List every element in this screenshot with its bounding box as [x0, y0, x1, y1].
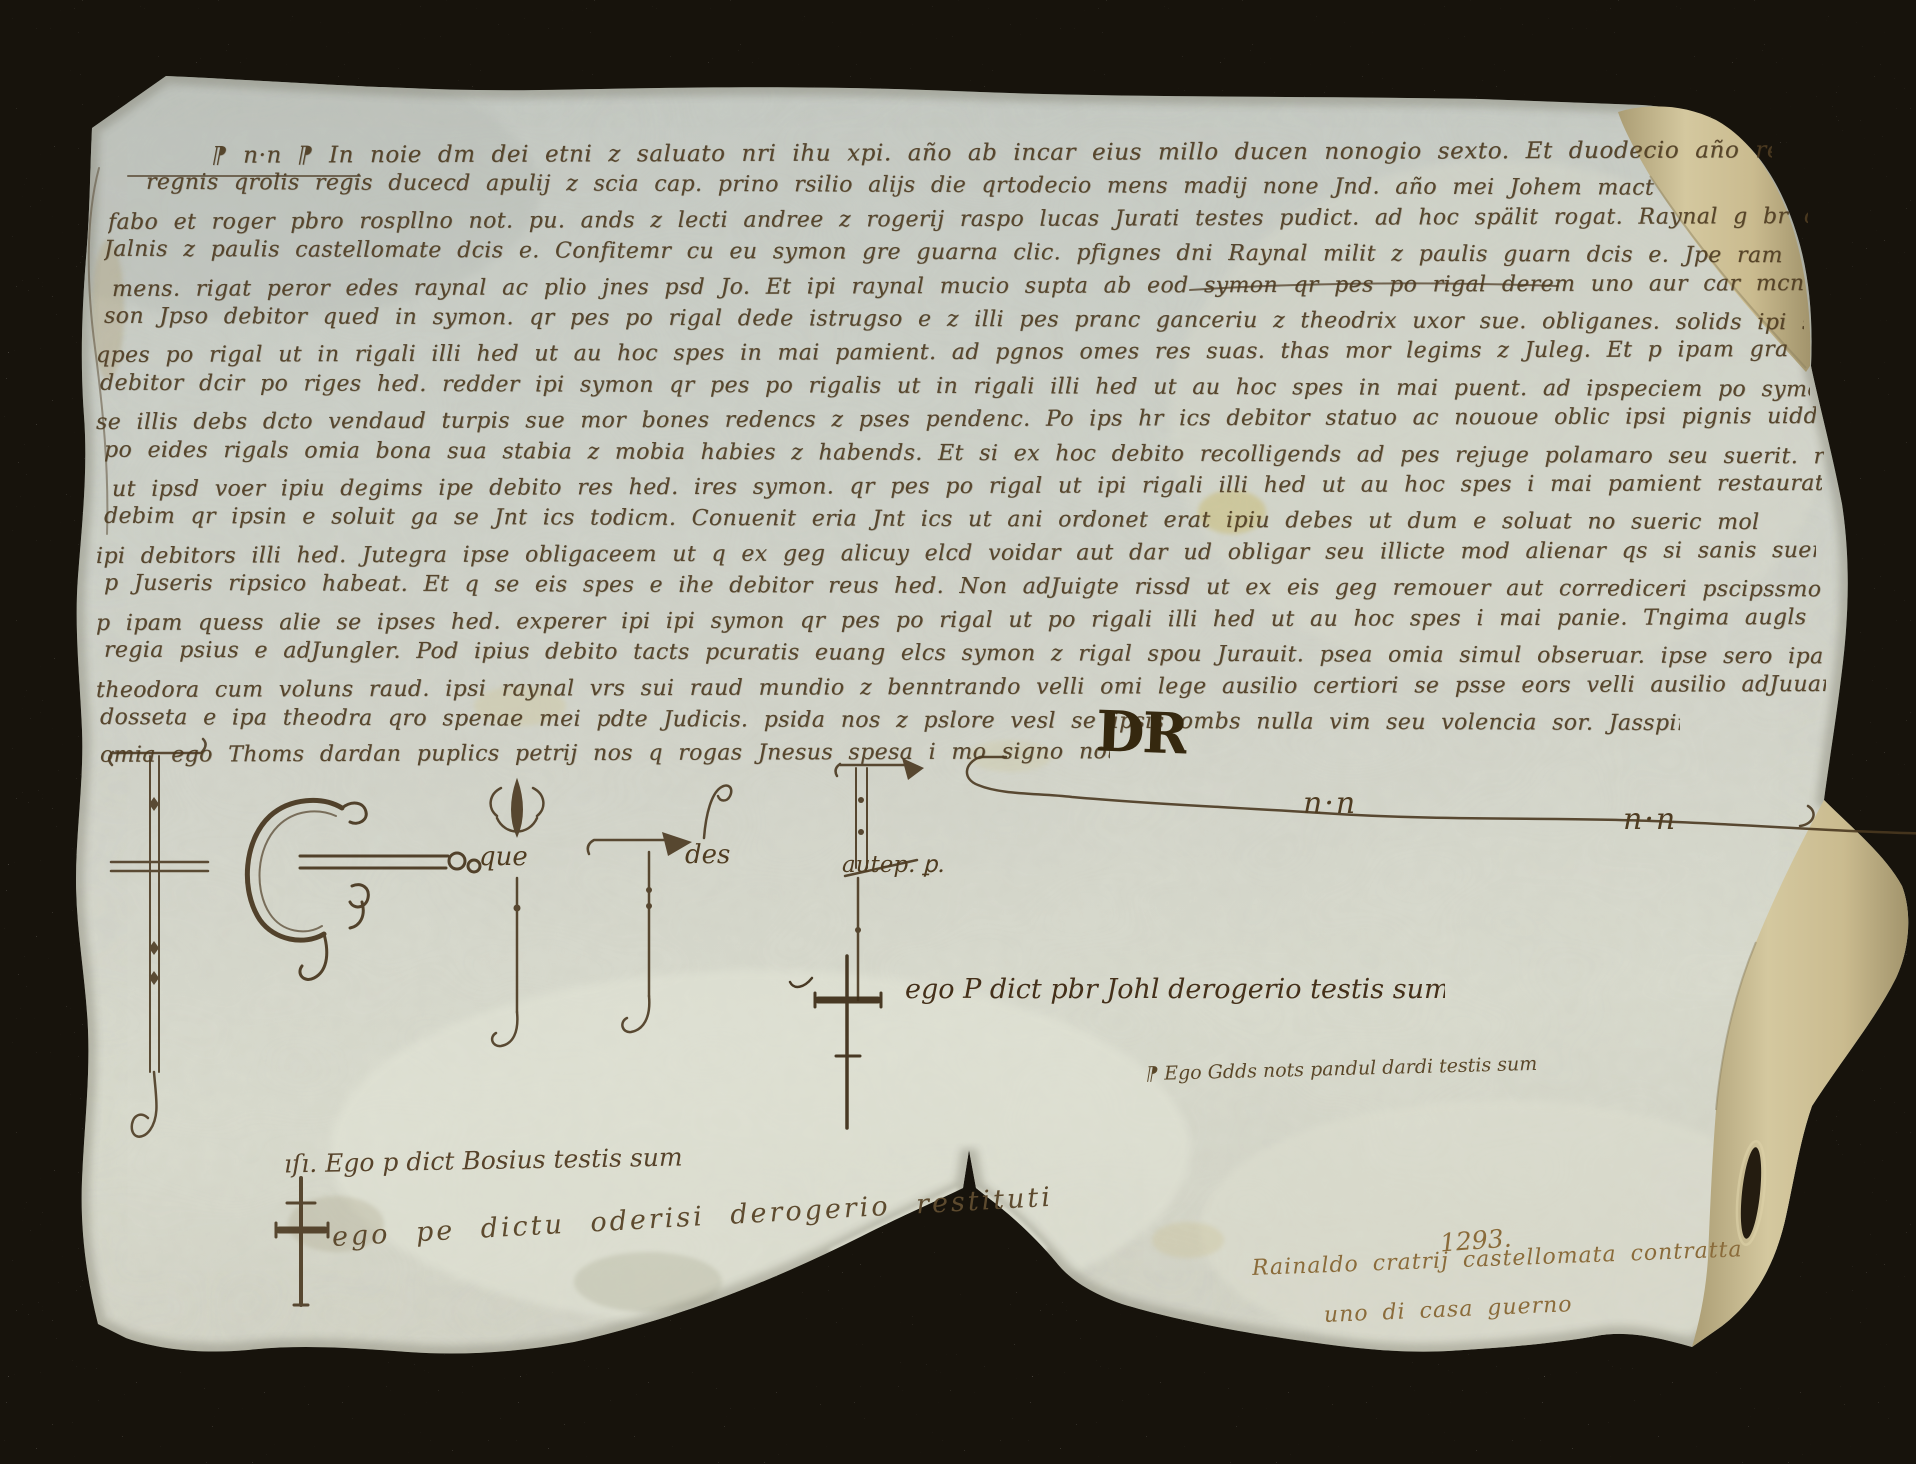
manuscript-line: qpes po rigal ut in rigali illi hed ut a… [96, 337, 1806, 374]
manuscript-line: p ipam quess alie se ipses hed. experer … [96, 605, 1816, 642]
manuscript-line: po eides rigals omia bona sua stabia z m… [104, 438, 1824, 476]
sign-label-des: des [685, 840, 730, 870]
stain [1152, 1222, 1224, 1258]
manuscript-line: se illis debs dcto vendaud turpis sue mo… [96, 404, 1816, 441]
manuscript-line: omia ego Thoms dardan puplics petrij nos… [100, 739, 1110, 774]
manuscript-line: mens. rigat peror edes raynal ac plio jn… [112, 271, 1812, 308]
manuscript-line: ut ipsd voer ipiu degims ipe debito res … [112, 471, 1822, 508]
manuscript-line: regnis qrolis regis ducecd apulij z scia… [146, 170, 1806, 207]
manuscript-line: debitor dcir po riges hed. redder ipi sy… [100, 371, 1810, 409]
manuscript-line: fabo et roger pbro rospllno not. pu. and… [108, 204, 1808, 241]
manuscript-line: son Jpso debitor qued in symon. qr pes p… [104, 304, 1804, 342]
manuscript-line: ipi debitors illi hed. Jutegra ipse obli… [96, 538, 1816, 575]
manuscript-line: regia psius e adJungler. Pod ipius debit… [104, 638, 1824, 676]
sign-label-autep: autep. ꝑ. [842, 852, 945, 878]
manuscript-line: theodora cum voluns raud. ipsi raynal vr… [96, 672, 1826, 709]
manuscript-line: debim qr ipsin e soluit ga se Jnt ics to… [104, 504, 1814, 542]
sign-label-que: que [479, 842, 528, 872]
ruled-line-mark: n·n [1303, 786, 1357, 821]
manuscript-line: Jalnis z paulis castellomate dcis e. Con… [104, 237, 1804, 275]
notary-monogram-dr: DR [1095, 698, 1188, 767]
witness-signature: ego P dict pbr Johl derogerio testis sum… [905, 974, 1445, 1005]
ruled-line-mark: n·n [1623, 802, 1677, 837]
manuscript-photo: ⁋ n·n ⁋ In noie dm dei etni z saluato nr… [0, 0, 1916, 1464]
manuscript-line: ⁋ n·n ⁋ In noie dm dei etni z saluato nr… [212, 137, 1772, 173]
manuscript-line: dosseta e ipa theodra qro spenae mei pdt… [100, 705, 1680, 742]
manuscript-line: p Juseris ripsico habeat. Et q se eis sp… [104, 571, 1824, 609]
